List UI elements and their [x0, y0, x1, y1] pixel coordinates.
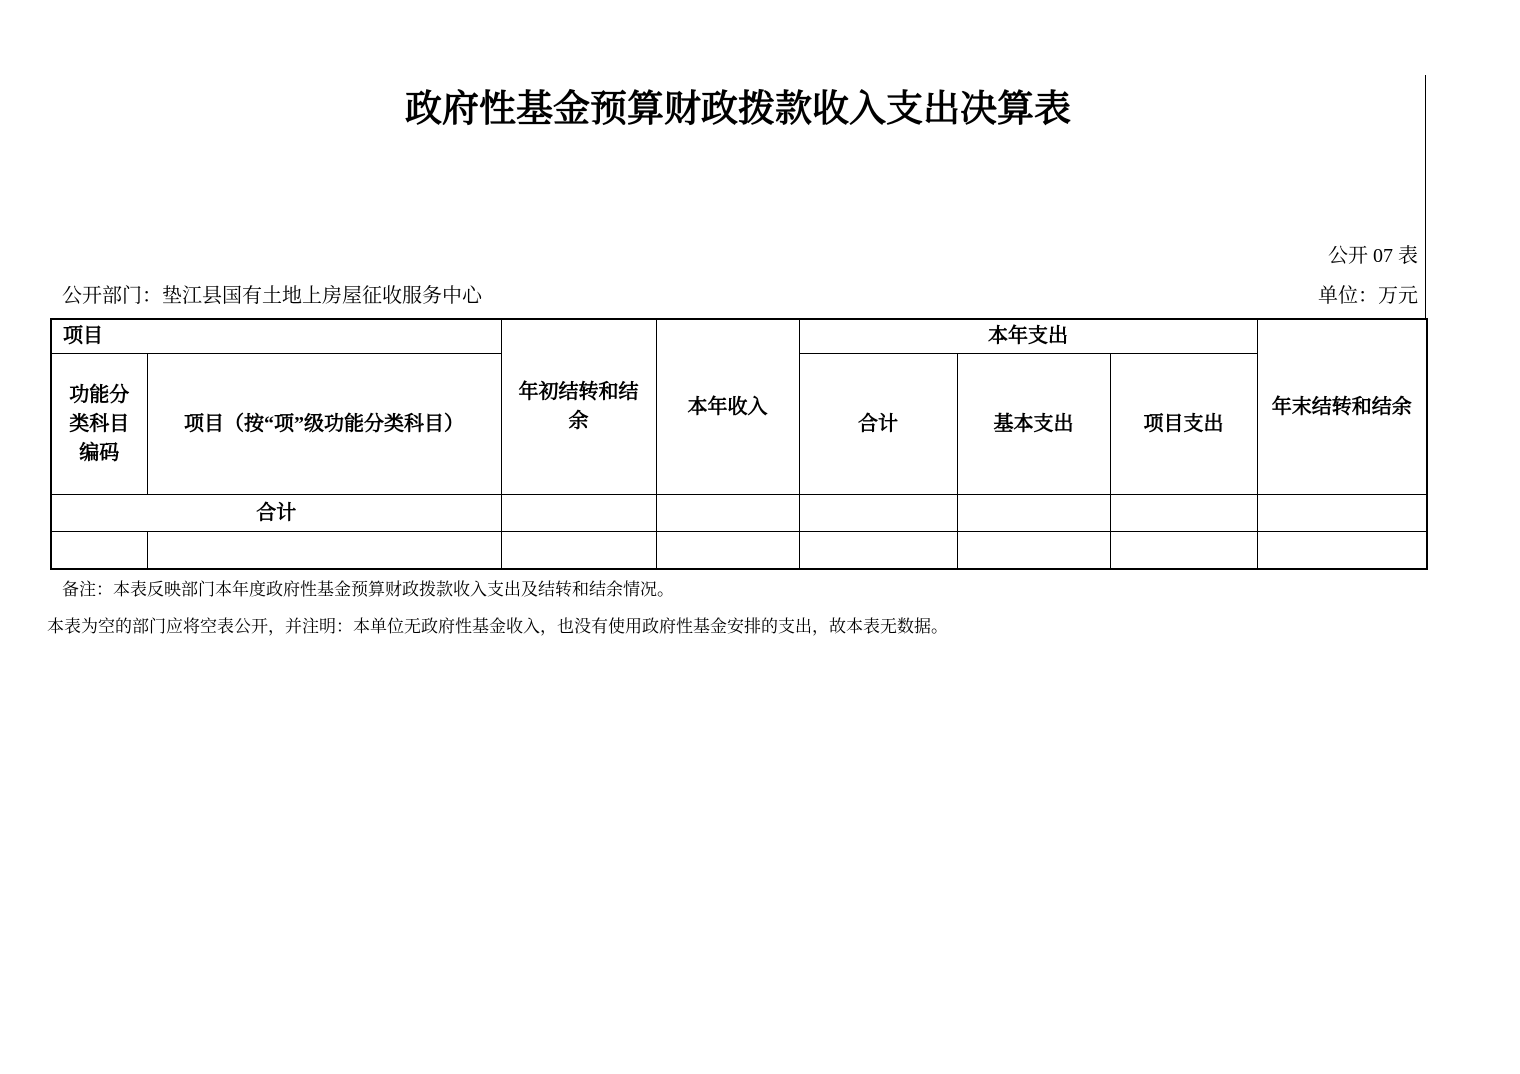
data-basic-expenditure-cell	[957, 532, 1110, 569]
data-row	[51, 532, 1427, 569]
department-label: 公开部门：垫江县国有土地上房屋征收服务中心	[62, 283, 482, 309]
header-function-code: 功能分类科目编码	[51, 354, 147, 495]
total-yearend-carryover-cell	[1257, 495, 1427, 532]
header-project-expenditure: 项目支出	[1110, 354, 1257, 495]
total-row-label: 合计	[51, 495, 501, 532]
data-item-cell	[147, 532, 501, 569]
data-current-year-income-cell	[656, 532, 799, 569]
total-basic-expenditure-cell	[957, 495, 1110, 532]
data-yearend-carryover-cell	[1257, 532, 1427, 569]
header-current-year-expenditure: 本年支出	[799, 319, 1257, 354]
page-title: 政府性基金预算财政拨款收入支出决算表	[50, 88, 1426, 132]
header-current-year-income: 本年收入	[656, 319, 799, 495]
total-opening-carryover-cell	[501, 495, 656, 532]
data-expenditure-total-cell	[799, 532, 957, 569]
header-yearend-carryover: 年末结转和结余	[1257, 319, 1427, 495]
header-item-by-category: 项目（按“项”级功能分类科目）	[147, 354, 501, 495]
meta-row: 公开部门：垫江县国有土地上房屋征收服务中心 单位：万元	[62, 283, 1418, 309]
data-opening-carryover-cell	[501, 532, 656, 569]
header-item: 项目	[51, 319, 501, 354]
header-expenditure-total: 合计	[799, 354, 957, 495]
total-project-expenditure-cell	[1110, 495, 1257, 532]
header-opening-carryover: 年初结转和结余	[501, 319, 656, 495]
document-page: 政府性基金预算财政拨款收入支出决算表 公开 07 表 公开部门：垫江县国有土地上…	[0, 0, 1520, 1074]
data-project-expenditure-cell	[1110, 532, 1257, 569]
form-number: 公开 07 表	[50, 243, 1418, 269]
header-basic-expenditure: 基本支出	[957, 354, 1110, 495]
note-empty-table: 本表为空的部门应将空表公开，并注明：本单位无政府性基金收入，也没有使用政府性基金…	[47, 616, 948, 639]
note-remark: 备注：本表反映部门本年度政府性基金预算财政拨款收入支出及结转和结余情况。	[62, 579, 674, 602]
budget-table: 项目 年初结转和结余 本年收入 本年支出 年末结转和结余 功能分类科目编码 项目…	[50, 318, 1428, 570]
total-expenditure-total-cell	[799, 495, 957, 532]
total-row: 合计	[51, 495, 1427, 532]
unit-label: 单位：万元	[1318, 283, 1418, 309]
data-function-code-cell	[51, 532, 147, 569]
header-row-1: 项目 年初结转和结余 本年收入 本年支出 年末结转和结余	[51, 319, 1427, 354]
total-current-year-income-cell	[656, 495, 799, 532]
